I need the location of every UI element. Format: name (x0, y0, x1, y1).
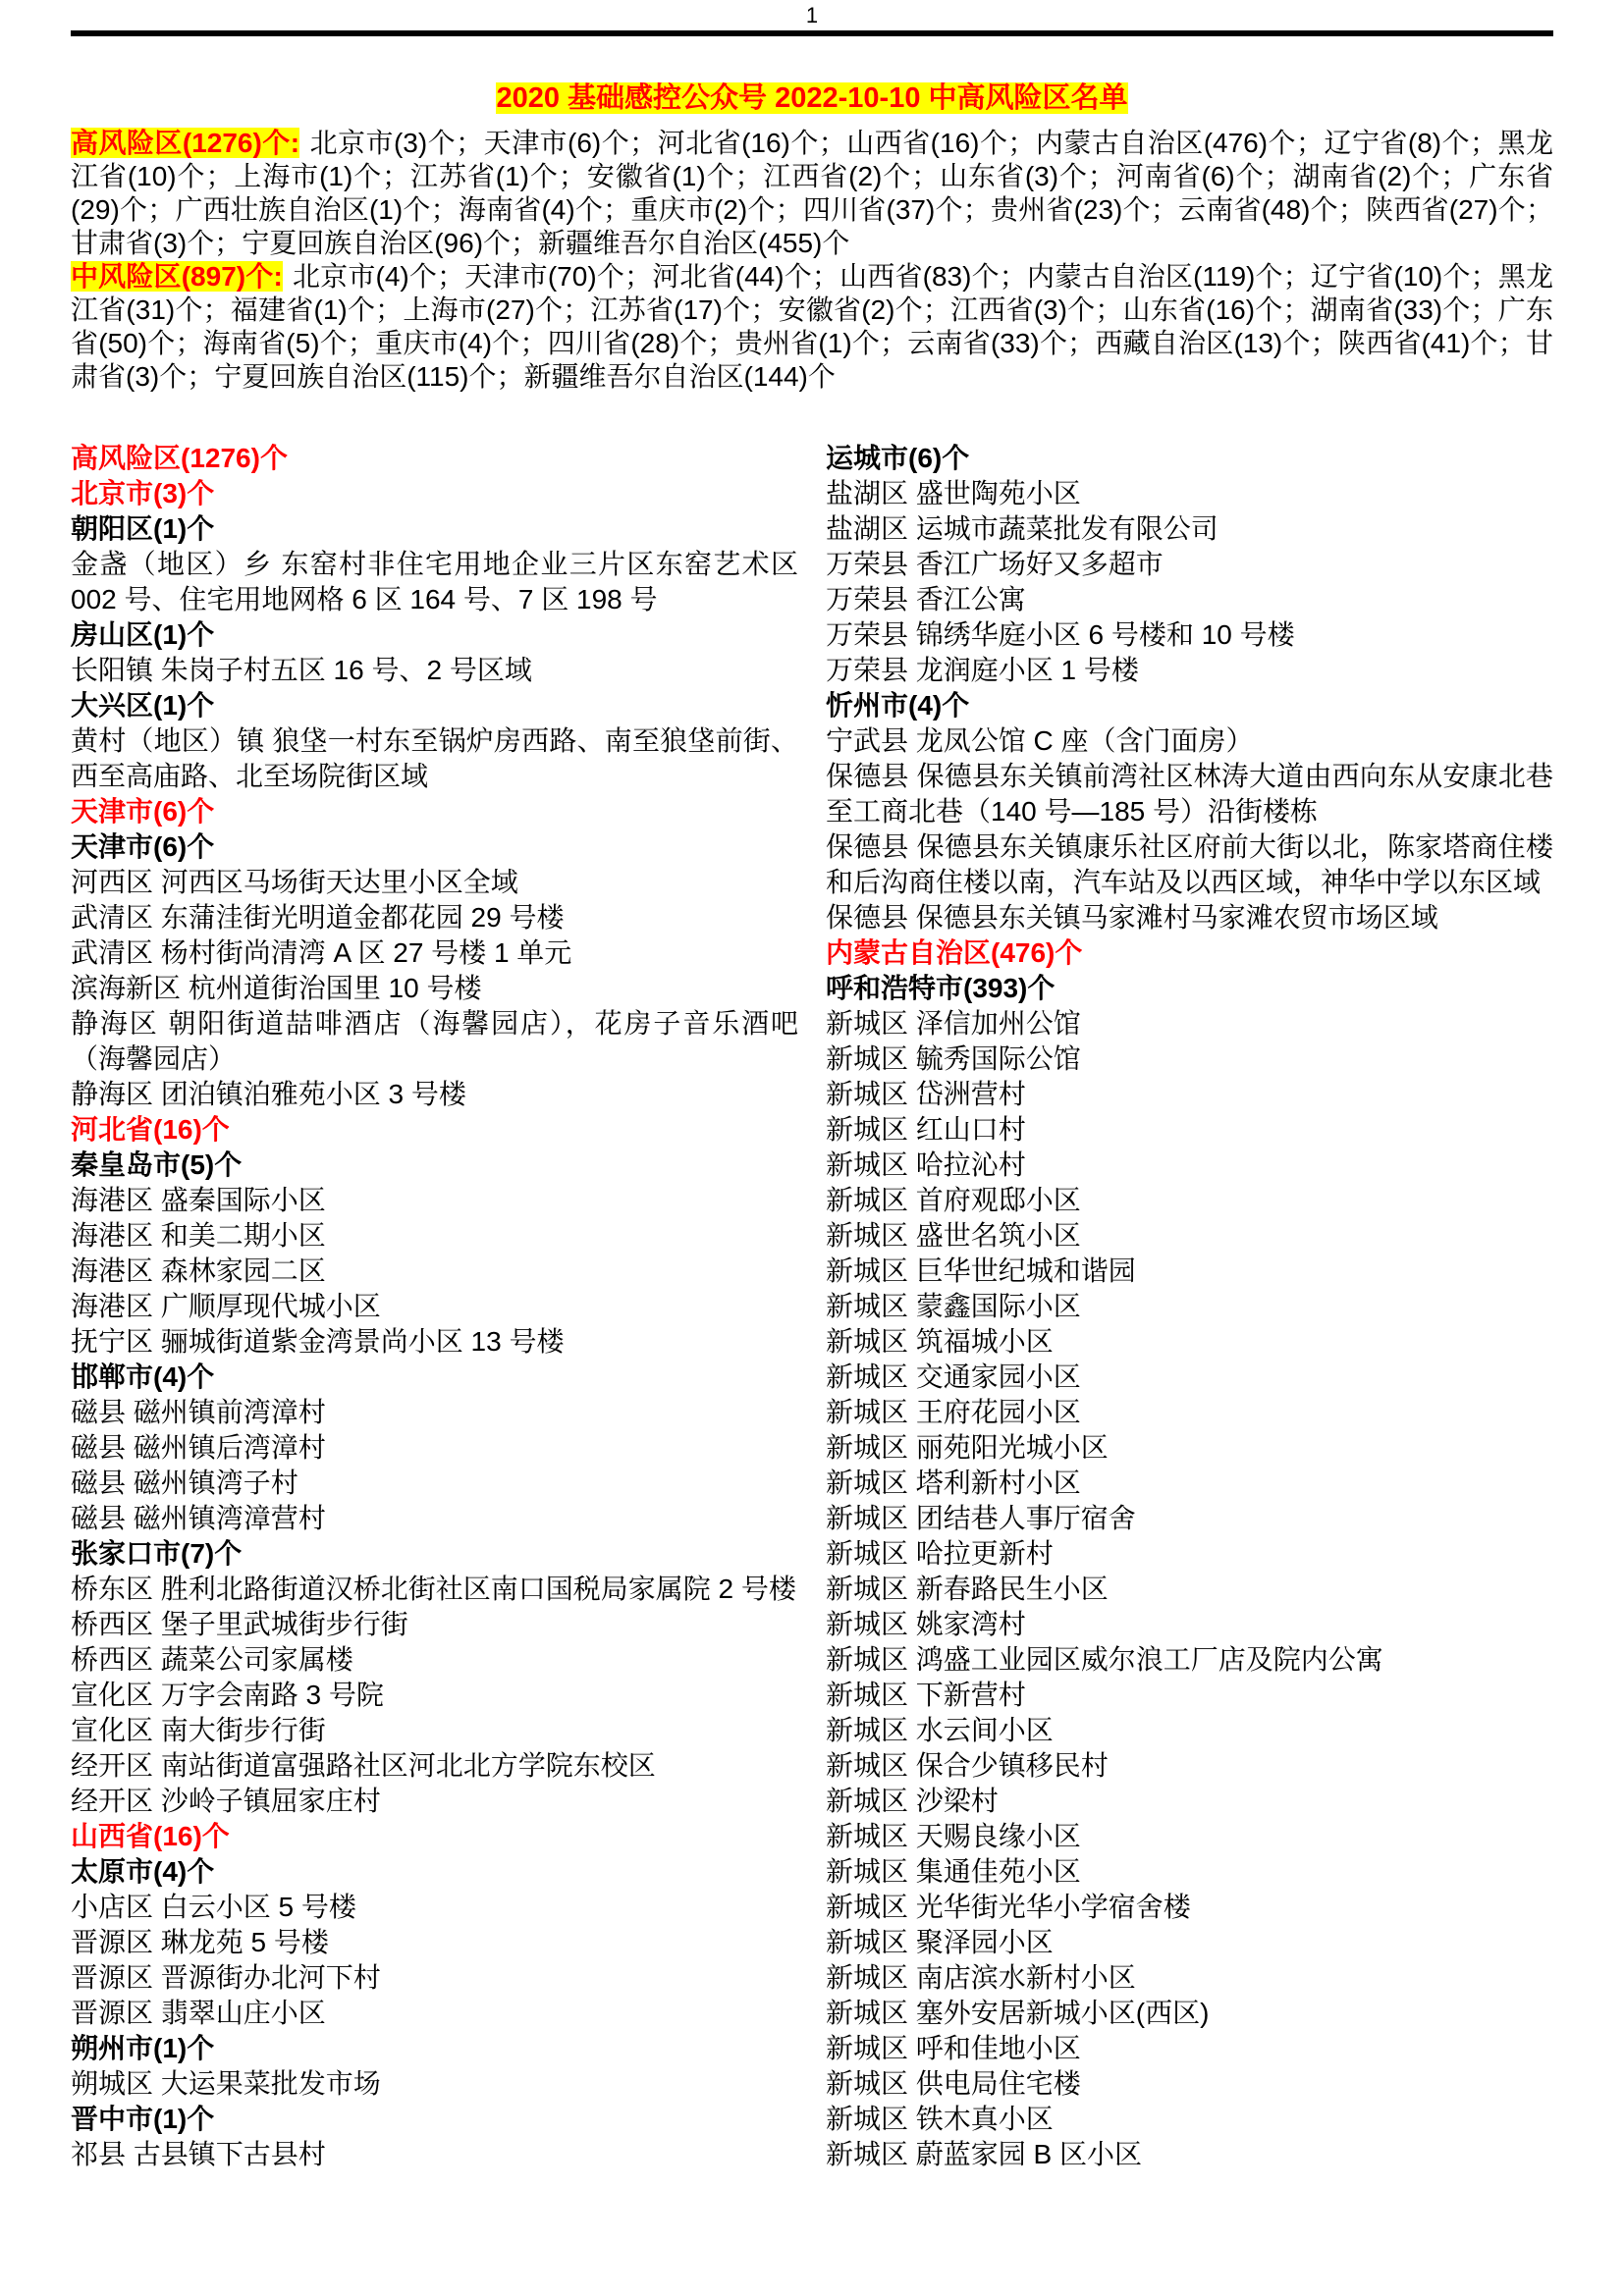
area-entry: 新城区 供电局住宅楼 (826, 2066, 1553, 2102)
city-heading: 张家口市(7)个 (71, 1536, 798, 1572)
area-entry: 新城区 岱洲营村 (826, 1077, 1553, 1112)
area-entry: 河西区 河西区马场街天达里小区全域 (71, 865, 798, 900)
area-entry: 新城区 盛世名筑小区 (826, 1218, 1553, 1254)
area-entry: 长阳镇 朱岗子村五区 16 号、2 号区域 (71, 653, 798, 688)
area-entry: 经开区 沙岭子镇屈家庄村 (71, 1784, 798, 1819)
area-entry: 新城区 首府观邸小区 (826, 1183, 1553, 1218)
area-entry: 万荣县 锦绣华庭小区 6 号楼和 10 号楼 (826, 617, 1553, 653)
city-heading: 晋中市(1)个 (71, 2102, 798, 2137)
city-heading: 大兴区(1)个 (71, 688, 798, 723)
city-heading: 邯郸市(4)个 (71, 1360, 798, 1395)
area-entry: 新城区 沙梁村 (826, 1784, 1553, 1819)
area-entry: 新城区 蒙鑫国际小区 (826, 1289, 1553, 1324)
area-entry: 海港区 森林家园二区 (71, 1254, 798, 1289)
city-heading: 呼和浩特市(393)个 (826, 971, 1553, 1006)
area-entry: 新城区 塞外安居新城小区(西区) (826, 1996, 1553, 2031)
left-column: 高风险区(1276)个北京市(3)个朝阳区(1)个金盏（地区）乡 东窑村非住宅用… (71, 441, 798, 2172)
area-entry: 磁县 磁州镇湾子村 (71, 1466, 798, 1501)
area-entry: 金盏（地区）乡 东窑村非住宅用地企业三片区东窑艺术区 002 号、住宅用地网格 … (71, 547, 798, 617)
area-entry: 祁县 古县镇下古县村 (71, 2137, 798, 2172)
city-heading: 朝阳区(1)个 (71, 511, 798, 547)
header-rule (71, 30, 1553, 36)
area-entry: 新城区 丽苑阳光城小区 (826, 1430, 1553, 1466)
area-entry: 静海区 朝阳街道喆啡酒店（海馨园店），花房子音乐酒吧（海馨园店） (71, 1006, 798, 1077)
area-entry: 晋源区 晋源街办北河下村 (71, 1960, 798, 1996)
page-number: 1 (0, 0, 1624, 28)
area-entry: 晋源区 琳龙苑 5 号楼 (71, 1925, 798, 1960)
section-heading: 河北省(16)个 (71, 1112, 798, 1148)
area-entry: 盐湖区 盛世陶苑小区 (826, 476, 1553, 511)
area-entry: 晋源区 翡翠山庄小区 (71, 1996, 798, 2031)
area-entry: 新城区 铁木真小区 (826, 2102, 1553, 2137)
area-entry: 朔城区 大运果菜批发市场 (71, 2066, 798, 2102)
area-entry: 新城区 交通家园小区 (826, 1360, 1553, 1395)
area-entry: 新城区 哈拉更新村 (826, 1536, 1553, 1572)
area-entry: 新城区 光华街光华小学宿舍楼 (826, 1890, 1553, 1925)
area-entry: 万荣县 香江广场好又多超市 (826, 547, 1553, 582)
area-entry: 新城区 塔利新村小区 (826, 1466, 1553, 1501)
area-entry: 宣化区 南大街步行街 (71, 1713, 798, 1748)
area-entry: 海港区 广顺厚现代城小区 (71, 1289, 798, 1324)
area-entry: 经开区 南站街道富强路社区河北北方学院东校区 (71, 1748, 798, 1784)
area-entry: 磁县 磁州镇前湾漳村 (71, 1395, 798, 1430)
area-entry: 新城区 下新营村 (826, 1678, 1553, 1713)
area-entry: 新城区 王府花园小区 (826, 1395, 1553, 1430)
area-entry: 新城区 红山口村 (826, 1112, 1553, 1148)
area-entry: 保德县 保德县东关镇康乐社区府前大街以北，陈家塔商住楼和后沟商住楼以南，汽车站及… (826, 829, 1553, 900)
city-heading: 朔州市(1)个 (71, 2031, 798, 2066)
city-heading: 忻州市(4)个 (826, 688, 1553, 723)
risk-area-columns: 高风险区(1276)个北京市(3)个朝阳区(1)个金盏（地区）乡 东窑村非住宅用… (71, 441, 1553, 2172)
high-risk-summary-label: 高风险区(1276)个: (71, 128, 299, 158)
area-entry: 新城区 南店滨水新村小区 (826, 1960, 1553, 1996)
area-entry: 海港区 盛秦国际小区 (71, 1183, 798, 1218)
area-entry: 海港区 和美二期小区 (71, 1218, 798, 1254)
section-heading: 北京市(3)个 (71, 476, 798, 511)
area-entry: 盐湖区 运城市蔬菜批发有限公司 (826, 511, 1553, 547)
high-risk-summary: 高风险区(1276)个:北京市(3)个；天津市(6)个；河北省(16)个；山西省… (71, 127, 1553, 260)
city-heading: 太原市(4)个 (71, 1854, 798, 1890)
area-entry: 新城区 团结巷人事厅宿舍 (826, 1501, 1553, 1536)
city-heading: 房山区(1)个 (71, 617, 798, 653)
area-entry: 万荣县 龙润庭小区 1 号楼 (826, 653, 1553, 688)
area-entry: 宣化区 万字会南路 3 号院 (71, 1678, 798, 1713)
summary-section: 高风险区(1276)个:北京市(3)个；天津市(6)个；河北省(16)个；山西省… (71, 127, 1553, 394)
area-entry: 桥东区 胜利北路街道汉桥北街社区南口国税局家属院 2 号楼 (71, 1572, 798, 1607)
area-entry: 新城区 聚泽园小区 (826, 1925, 1553, 1960)
area-entry: 新城区 鸿盛工业园区威尔浪工厂店及院内公寓 (826, 1642, 1553, 1678)
area-entry: 新城区 哈拉沁村 (826, 1148, 1553, 1183)
title-row: 2020 基础感控公众号 2022-10-10 中高风险区名单 (71, 81, 1553, 115)
area-entry: 桥西区 蔬菜公司家属楼 (71, 1642, 798, 1678)
section-heading: 内蒙古自治区(476)个 (826, 935, 1553, 971)
area-entry: 新城区 泽信加州公馆 (826, 1006, 1553, 1041)
area-entry: 新城区 水云间小区 (826, 1713, 1553, 1748)
area-entry: 宁武县 龙凤公馆 C 座（含门面房） (826, 723, 1553, 759)
city-heading: 运城市(6)个 (826, 441, 1553, 476)
section-heading: 高风险区(1276)个 (71, 441, 798, 476)
area-entry: 保德县 保德县东关镇前湾社区林涛大道由西向东从安康北巷至工商北巷（140 号—1… (826, 759, 1553, 829)
city-heading: 秦皇岛市(5)个 (71, 1148, 798, 1183)
area-entry: 磁县 磁州镇后湾漳村 (71, 1430, 798, 1466)
area-entry: 新城区 呼和佳地小区 (826, 2031, 1553, 2066)
area-entry: 新城区 蔚蓝家园 B 区小区 (826, 2137, 1553, 2172)
area-entry: 武清区 东蒲洼街光明道金都花园 29 号楼 (71, 900, 798, 935)
section-heading: 山西省(16)个 (71, 1819, 798, 1854)
area-entry: 抚宁区 骊城街道紫金湾景尚小区 13 号楼 (71, 1324, 798, 1360)
area-entry: 新城区 筑福城小区 (826, 1324, 1553, 1360)
section-heading: 天津市(6)个 (71, 794, 798, 829)
area-entry: 保德县 保德县东关镇马家滩村马家滩农贸市场区域 (826, 900, 1553, 935)
area-entry: 磁县 磁州镇湾漳营村 (71, 1501, 798, 1536)
area-entry: 新城区 新春路民生小区 (826, 1572, 1553, 1607)
medium-risk-summary-label: 中风险区(897)个: (71, 261, 283, 292)
area-entry: 新城区 集通佳苑小区 (826, 1854, 1553, 1890)
right-column: 运城市(6)个盐湖区 盛世陶苑小区盐湖区 运城市蔬菜批发有限公司万荣县 香江广场… (826, 441, 1553, 2172)
area-entry: 新城区 天赐良缘小区 (826, 1819, 1553, 1854)
document-page: 1 2020 基础感控公众号 2022-10-10 中高风险区名单 高风险区(1… (0, 0, 1624, 2296)
area-entry: 桥西区 堡子里武城街步行街 (71, 1607, 798, 1642)
area-entry: 小店区 白云小区 5 号楼 (71, 1890, 798, 1925)
document-title: 2020 基础感控公众号 2022-10-10 中高风险区名单 (496, 82, 1127, 114)
area-entry: 新城区 巨华世纪城和谐园 (826, 1254, 1553, 1289)
area-entry: 滨海新区 杭州道街治国里 10 号楼 (71, 971, 798, 1006)
city-heading: 天津市(6)个 (71, 829, 798, 865)
area-entry: 武清区 杨村街尚清湾 A 区 27 号楼 1 单元 (71, 935, 798, 971)
area-entry: 黄村（地区）镇 狼垡一村东至锅炉房西路、南至狼垡前街、西至高庙路、北至场院街区域 (71, 723, 798, 794)
area-entry: 新城区 毓秀国际公馆 (826, 1041, 1553, 1077)
area-entry: 新城区 保合少镇移民村 (826, 1748, 1553, 1784)
medium-risk-summary-text: 北京市(4)个；天津市(70)个；河北省(44)个；山西省(83)个；内蒙古自治… (71, 261, 1553, 392)
area-entry: 万荣县 香江公寓 (826, 582, 1553, 617)
area-entry: 静海区 团泊镇泊雅苑小区 3 号楼 (71, 1077, 798, 1112)
area-entry: 新城区 姚家湾村 (826, 1607, 1553, 1642)
medium-risk-summary: 中风险区(897)个:北京市(4)个；天津市(70)个；河北省(44)个；山西省… (71, 260, 1553, 394)
